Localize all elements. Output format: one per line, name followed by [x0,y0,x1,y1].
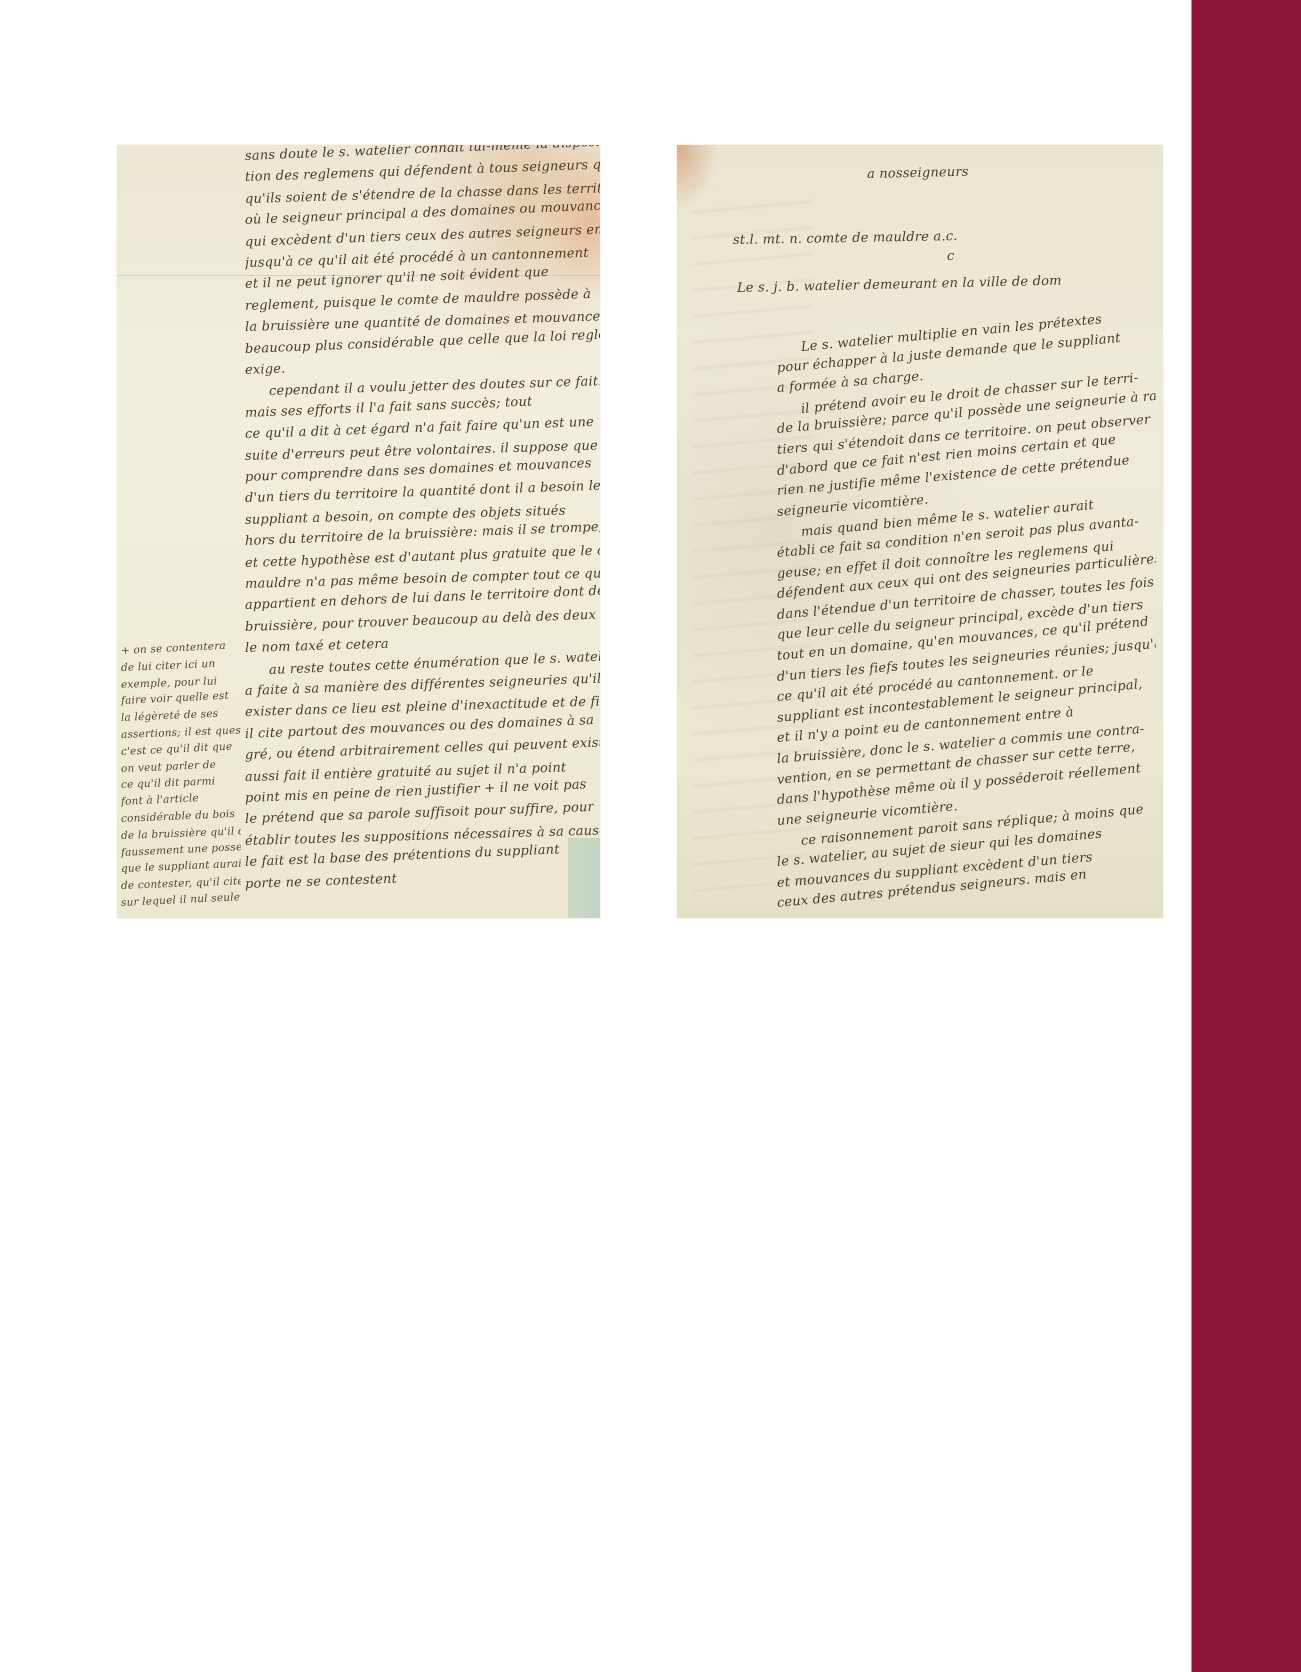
margin-note-line: faussement une possession [121,841,241,859]
paper-stain [568,838,600,918]
margin-note-line: assertions; il est quest- [121,724,241,741]
side-bar [1191,0,1301,1672]
manuscript-line: et cette hypothèse est d'autant plus gra… [245,543,600,571]
manuscript-line: d'un tiers du territoire la quantité don… [245,479,600,506]
header-line: c [947,249,955,264]
margin-note-line: c'est ce qu'il dit que [121,740,233,757]
manuscript-line: cependant il a voulu jetter des doutes s… [269,374,600,399]
manuscript-line: qui excèdent d'un tiers ceux des autres … [245,222,600,250]
header-line: a nosseigneurs [867,165,969,182]
manuscript-line: le nom taxé et cetera [245,637,389,656]
manuscript-line: porte ne se contestent [245,871,398,891]
manuscript-line: ce qu'il a dit à cet égard n'a fait fair… [245,415,594,442]
margin-note-line: que le suppliant aurait [121,858,241,875]
margin-note-line: considérable du bois [121,808,236,825]
margin-note-line: de la bruissière qu'il donne [121,825,241,842]
manuscript-line: le prétend que sa parole suffisoit pour … [245,800,594,827]
margin-note-line: exemple, pour lui [121,675,218,691]
manuscript-line: tion des reglemens qui défendent à tous … [245,158,600,186]
manuscript-image-left: sans doute le s. watelier connait lui-mê… [117,145,600,918]
manuscript-line: exige. [245,362,286,378]
margin-note-line: la légèreté de ses [121,708,219,724]
manuscript-line: bruissière, pour trouver beaucoup au del… [245,607,600,635]
margin-note-line: + on se contentera [121,640,226,657]
margin-note-line: de lui citer ici un [121,658,216,674]
margin-note-line: on veut parler de [121,758,217,774]
header-line: st.l. mt. n. comte de mauldre a.c. [733,229,958,248]
margin-note-line: ce qu'il dit parmi [121,776,216,792]
margin-note-line: font à l'article [121,792,199,808]
margin-note-line: sur lequel il nul seulement ++ [121,891,241,909]
margin-note-line: de contester, qu'il cite [121,876,241,893]
manuscript-image-right: a nosseigneursst.l. mt. n. comte de maul… [677,145,1163,918]
margin-note-line: faire voir quelle est [121,690,229,707]
manuscript-line: reglement, puisque le comte de mauldre p… [245,287,592,314]
